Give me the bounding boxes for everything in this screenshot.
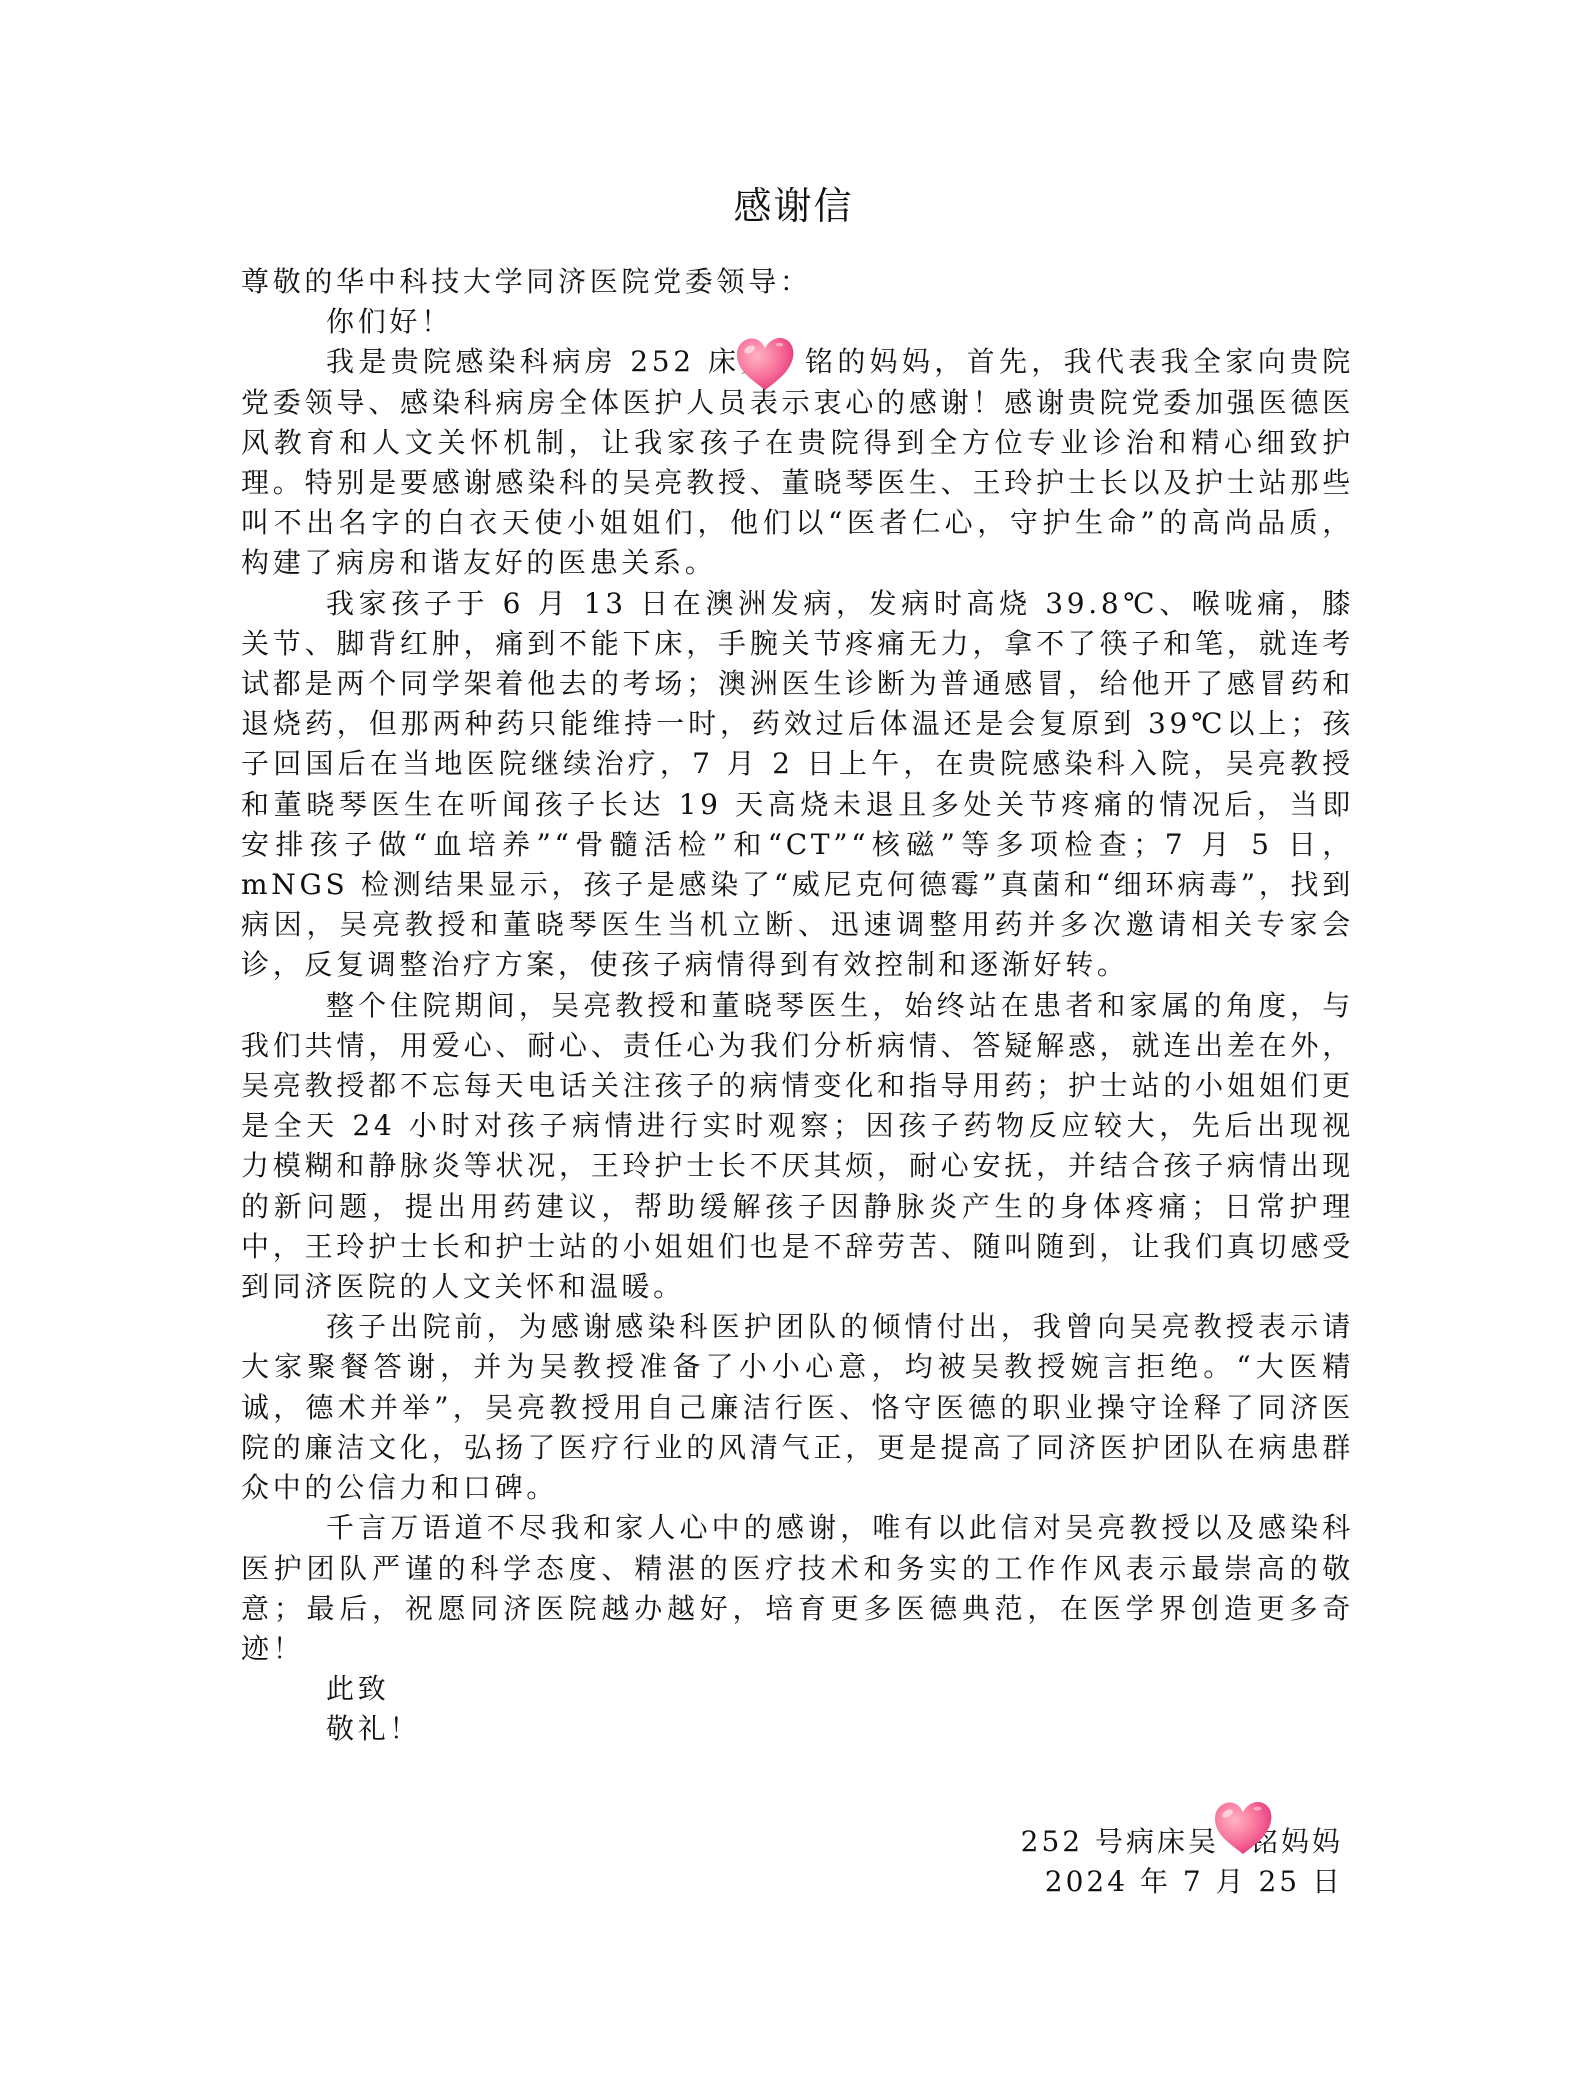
signature-date: 2024 年 7 月 25 日 [1021, 1862, 1343, 1902]
closing-line-1: 此致 [241, 1669, 1354, 1709]
paragraph-3: 整个住院期间，吴亮教授和董晓琴医生，始终站在患者和家属的角度，与我们共情，用爱心… [241, 986, 1354, 1308]
letter-title: 感谢信 [0, 175, 1587, 230]
paragraph-2: 我家孩子于 6 月 13 日在澳洲发病，发病时高烧 39.8℃、喉咙痛，膝关节、… [241, 584, 1354, 986]
letter-page: 感谢信 尊敬的华中科技大学同济医院党委领导： 你们好！ 我是贵院感染科病房 25… [0, 0, 1587, 2080]
closing-line-2: 敬礼！ [241, 1709, 1354, 1749]
signature-block: 252 号病床吴 铭妈妈 2024 年 7 月 25 日 [1021, 1822, 1343, 1902]
salutation: 尊敬的华中科技大学同济医院党委领导： [241, 262, 1354, 302]
paragraph-5: 千言万语道不尽我和家人心中的感谢，唯有以此信对吴亮教授以及感染科医护团队严谨的科… [241, 1508, 1354, 1669]
paragraph-4: 孩子出院前，为感谢感染科医护团队的倾情付出，我曾向吴亮教授表示请大家聚餐答谢，并… [241, 1307, 1354, 1508]
signature-name: 252 号病床吴 铭妈妈 [1021, 1822, 1343, 1862]
paragraph-1: 我是贵院感染科病房 252 床吴 铭的妈妈，首先，我代表我全家向贵院党委领导、感… [241, 342, 1354, 583]
greeting: 你们好！ [241, 302, 1354, 342]
letter-body: 尊敬的华中科技大学同济医院党委领导： 你们好！ 我是贵院感染科病房 252 床吴… [241, 262, 1354, 1750]
